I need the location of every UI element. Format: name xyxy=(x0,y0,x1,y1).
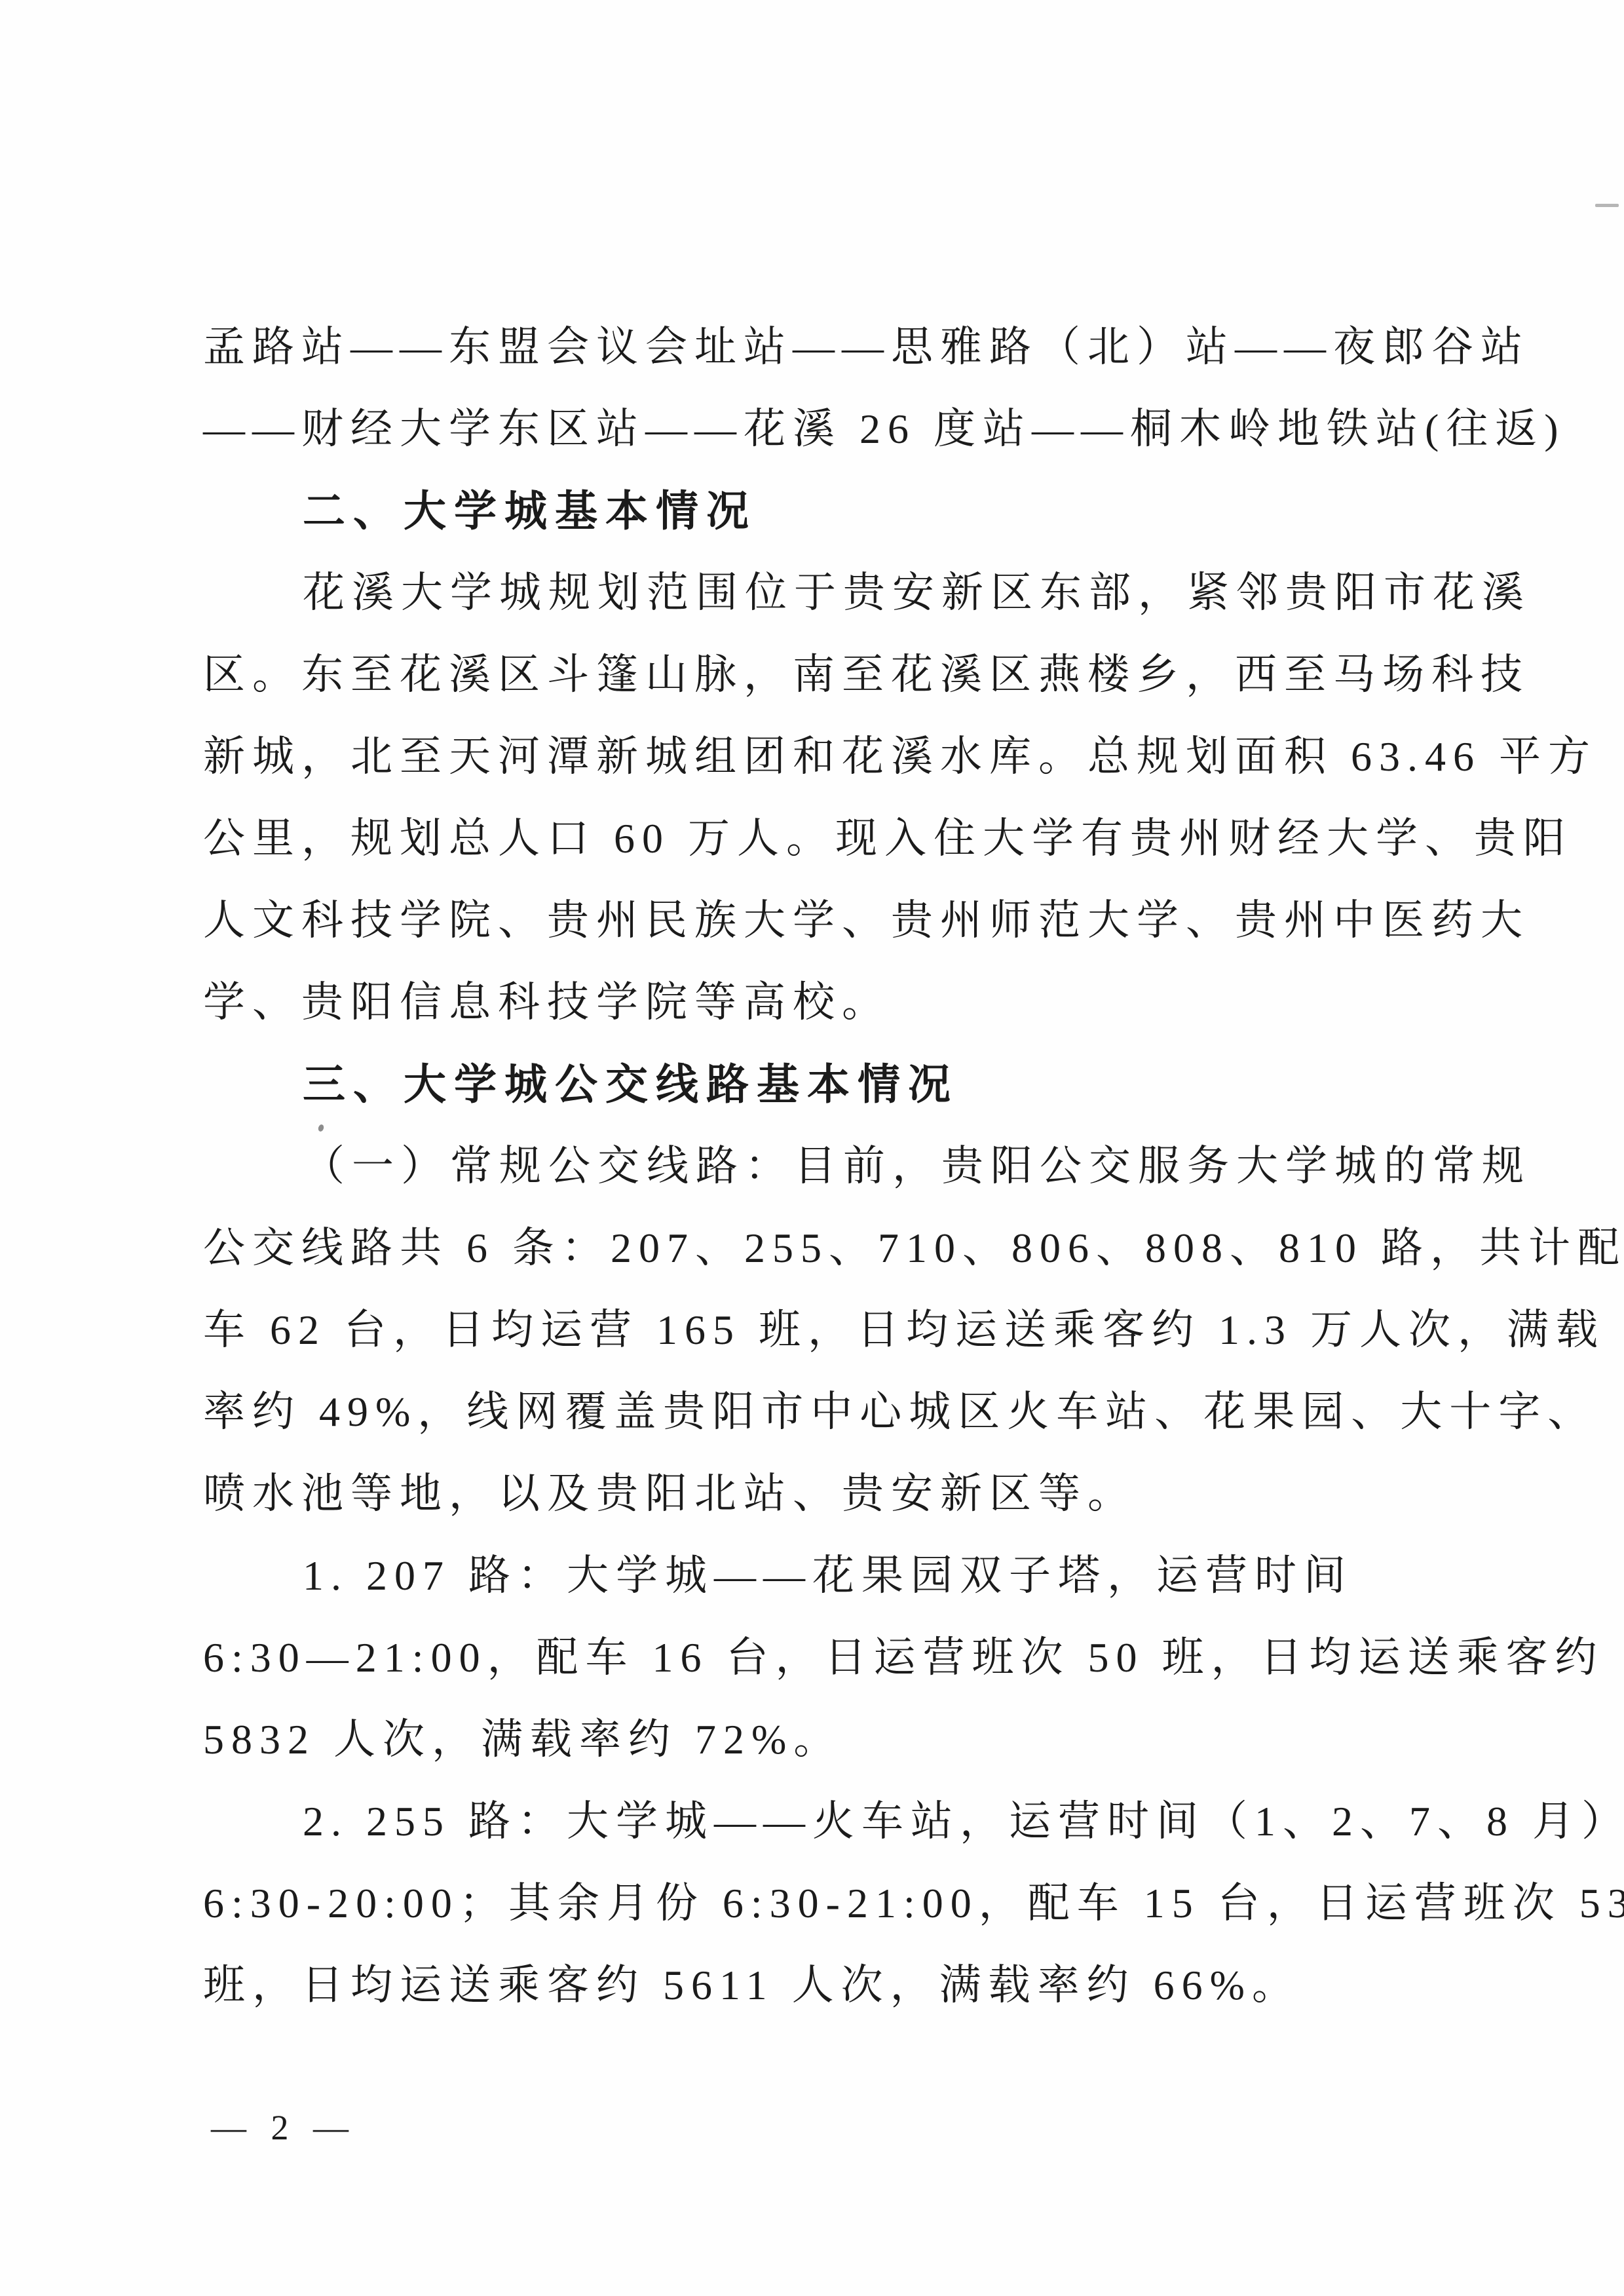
section2-line-3: 新城，北至天河潭新城组团和花溪水库。总规划面积 63.46 平方 xyxy=(203,716,1507,797)
route-255-line-3: 班，日均运送乘客约 5611 人次，满载率约 66%。 xyxy=(203,1944,1507,2026)
section3-overview-line-5: 喷水池等地，以及贵阳北站、贵安新区等。 xyxy=(203,1453,1507,1535)
route-207-line-2: 6:30—21:00，配车 16 台，日运营班次 50 班，日均运送乘客约 xyxy=(203,1617,1507,1698)
scan-artifact-line xyxy=(1595,204,1619,207)
section3-overview-line-1: （一）常规公交线路：目前，贵阳公交服务大学城的常规 xyxy=(203,1125,1507,1207)
section2-line-6: 学、贵阳信息科技学院等高校。 xyxy=(203,961,1507,1043)
section3-heading: 三、大学城公交线路基本情况 xyxy=(203,1043,1507,1125)
document-text: 孟路站——东盟会议会址站——思雅路（北）站——夜郎谷站 ——财经大学东区站——花… xyxy=(203,306,1507,2026)
route-continuation-line-1: 孟路站——东盟会议会址站——思雅路（北）站——夜郎谷站 xyxy=(203,306,1507,388)
route-207-line-1: 1. 207 路：大学城——花果园双子塔，运营时间 xyxy=(203,1535,1507,1617)
route-255-line-1: 2. 255 路：大学城——火车站，运营时间（1、2、7、8 月） xyxy=(203,1780,1507,1862)
route-255-line-2: 6:30-20:00；其余月份 6:30-21:00，配车 15 台，日运营班次… xyxy=(203,1862,1507,1944)
section2-heading: 二、大学城基本情况 xyxy=(203,470,1507,552)
section2-line-2: 区。东至花溪区斗篷山脉，南至花溪区燕楼乡，西至马场科技 xyxy=(203,634,1507,716)
section2-line-4: 公里，规划总人口 60 万人。现入住大学有贵州财经大学、贵阳 xyxy=(203,797,1507,879)
section3-overview-line-2: 公交线路共 6 条：207、255、710、806、808、810 路，共计配 xyxy=(203,1207,1507,1289)
route-207-line-3: 5832 人次，满载率约 72%。 xyxy=(203,1698,1507,1780)
section2-line-5: 人文科技学院、贵州民族大学、贵州师范大学、贵州中医药大 xyxy=(203,879,1507,961)
document-page: 孟路站——东盟会议会址站——思雅路（北）站——夜郎谷站 ——财经大学东区站——花… xyxy=(0,0,1624,2296)
route-continuation-line-2: ——财经大学东区站——花溪 26 度站——桐木岭地铁站(往返) xyxy=(203,388,1507,470)
section2-line-1: 花溪大学城规划范围位于贵安新区东部，紧邻贵阳市花溪 xyxy=(203,552,1507,634)
section3-overview-line-4: 率约 49%，线网覆盖贵阳市中心城区火车站、花果园、大十字、 xyxy=(203,1371,1507,1453)
page-number: — 2 — xyxy=(211,2090,356,2166)
section3-overview-line-3: 车 62 台，日均运营 165 班，日均运送乘客约 1.3 万人次，满载 xyxy=(203,1289,1507,1371)
